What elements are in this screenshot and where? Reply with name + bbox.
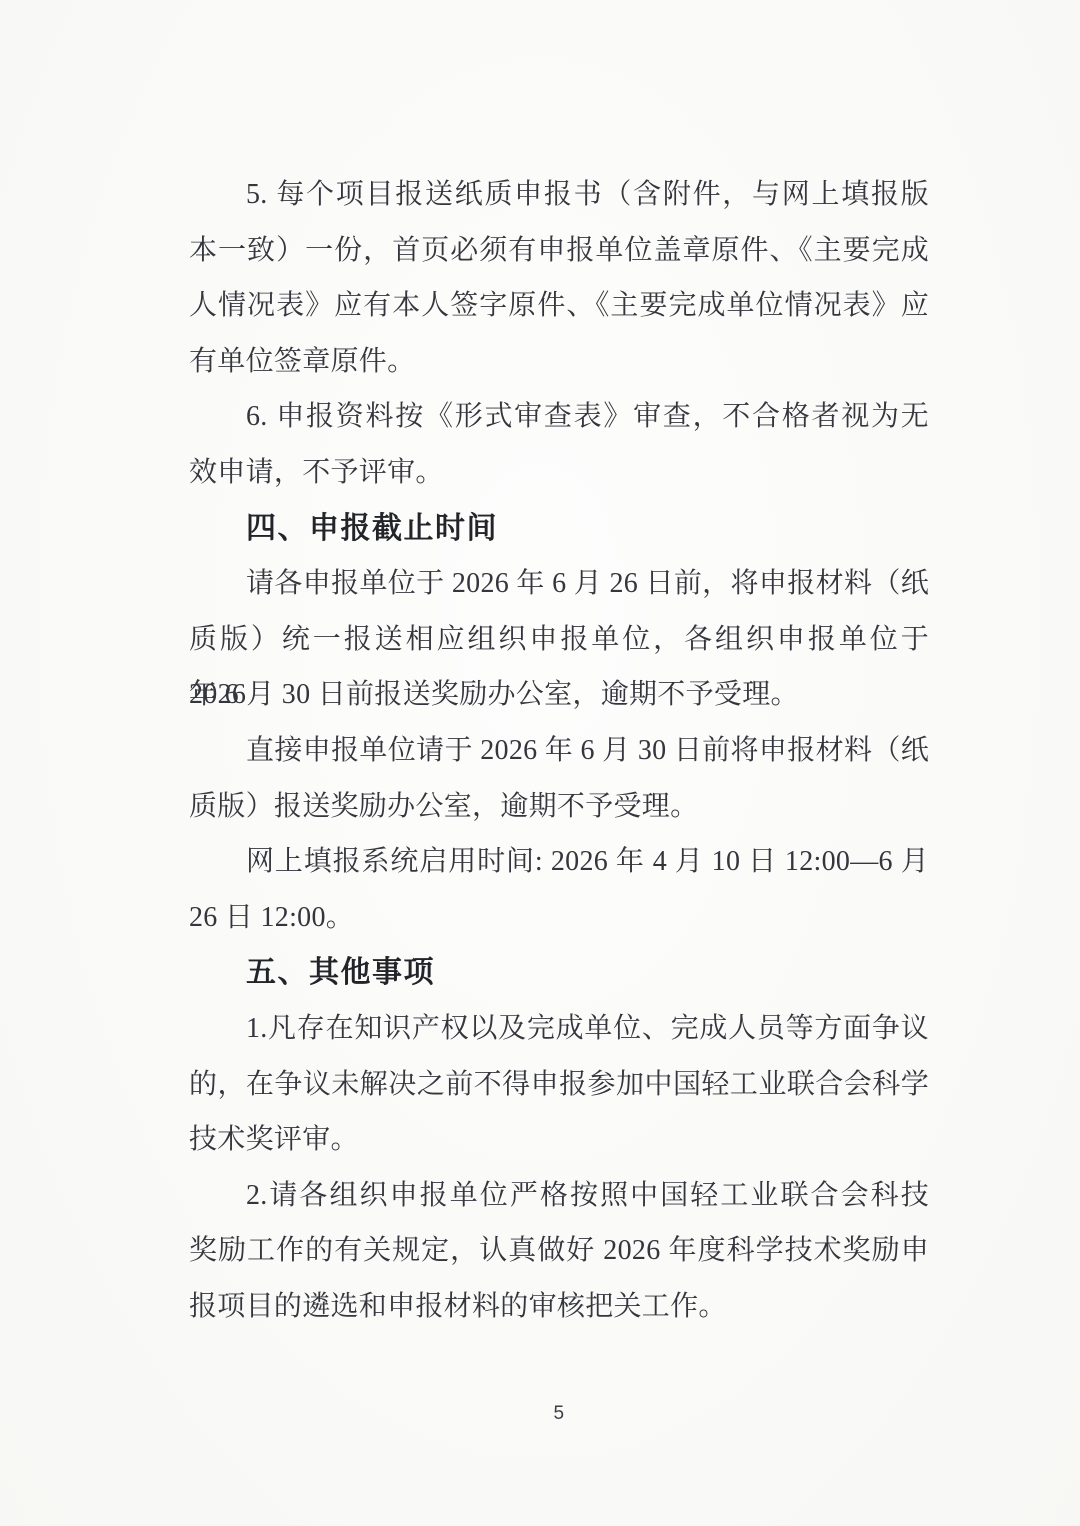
body-line: 1.凡存在知识产权以及完成单位、完成人员等方面争议: [189, 1001, 929, 1057]
body-line: 人情况表》应有本人签字原件、《主要完成单位情况表》应: [189, 278, 929, 334]
section-heading: 五、其他事项: [189, 945, 929, 1001]
document-page: 5. 每个项目报送纸质申报书（含附件，与网上填报版本一致）一份，首页必须有申报单…: [0, 0, 1080, 1526]
body-line: 直接申报单位请于 2026 年 6 月 30 日前将申报材料（纸: [189, 723, 929, 779]
body-line: 请各申报单位于 2026 年 6 月 26 日前，将申报材料（纸: [189, 556, 929, 612]
page-number: 5: [189, 1403, 929, 1425]
body-line: 奖励工作的有关规定，认真做好 2026 年度科学技术奖励申: [189, 1223, 929, 1279]
body-line: 质版）报送奖励办公室，逾期不予受理。: [189, 779, 929, 835]
body-line: 质版）统一报送相应组织申报单位，各组织申报单位于 2026: [189, 612, 929, 668]
document-body-text: 5. 每个项目报送纸质申报书（含附件，与网上填报版本一致）一份，首页必须有申报单…: [189, 167, 929, 1334]
body-line: 26 日 12:00。: [189, 890, 929, 946]
body-line: 本一致）一份，首页必须有申报单位盖章原件、《主要完成: [189, 223, 929, 279]
body-line: 5. 每个项目报送纸质申报书（含附件，与网上填报版: [189, 167, 929, 223]
body-line: 年 6 月 30 日前报送奖励办公室，逾期不予受理。: [189, 667, 929, 723]
body-line: 技术奖评审。: [189, 1112, 929, 1168]
body-line: 报项目的遴选和申报材料的审核把关工作。: [189, 1279, 929, 1335]
body-line: 2.请各组织申报单位严格按照中国轻工业联合会科技: [189, 1168, 929, 1224]
body-line: 网上填报系统启用时间: 2026 年 4 月 10 日 12:00—6 月: [189, 834, 929, 890]
body-line: 6. 申报资料按《形式审查表》审查，不合格者视为无: [189, 389, 929, 445]
body-line: 效申请，不予评审。: [189, 445, 929, 501]
body-line: 的，在争议未解决之前不得申报参加中国轻工业联合会科学: [189, 1057, 929, 1113]
section-heading: 四、申报截止时间: [189, 501, 929, 557]
body-line: 有单位签章原件。: [189, 334, 929, 390]
